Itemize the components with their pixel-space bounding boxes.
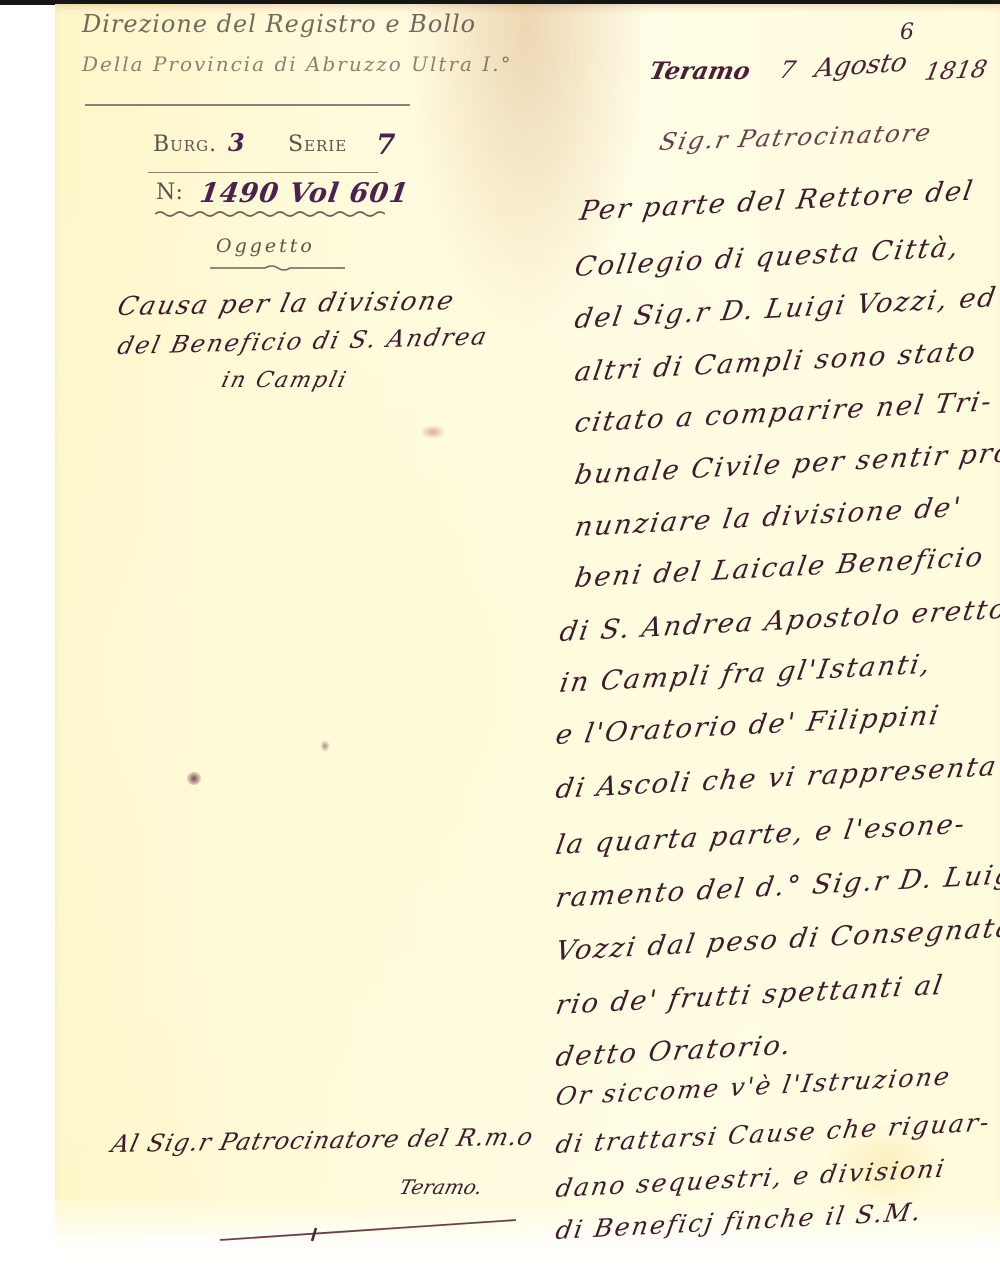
date-place: Teramo	[647, 56, 753, 85]
date-day-correction: 6	[900, 20, 914, 45]
subject-line-3: in Campli	[219, 368, 350, 393]
oggetto-label: Oggetto	[216, 235, 315, 257]
ink-stain	[320, 740, 330, 752]
subject-line-1: Causa per la divisione	[115, 286, 459, 322]
flourish-divider	[210, 263, 345, 273]
letterhead-line-2: Della Provincia di Abruzzo Ultra I.°	[82, 52, 513, 76]
letterhead-line-1: Direzione del Registro e Bollo	[82, 10, 476, 38]
date-year: 1818	[922, 55, 989, 86]
letterhead-divider	[85, 104, 410, 106]
serie-label: Serie	[288, 132, 347, 157]
burg-value: 3	[228, 128, 245, 157]
registry-divider	[148, 172, 378, 173]
number-label: N:	[156, 180, 184, 205]
ink-stain	[187, 772, 201, 785]
addressee-line-2: Teramo.	[397, 1175, 485, 1199]
ink-stain	[420, 425, 446, 439]
serie-value: 7	[376, 128, 395, 161]
closing-flourish	[218, 1218, 518, 1242]
wavy-divider	[155, 210, 385, 218]
burg-label: Burg.	[153, 132, 217, 157]
number-value: 1490 Vol 601	[198, 178, 411, 209]
